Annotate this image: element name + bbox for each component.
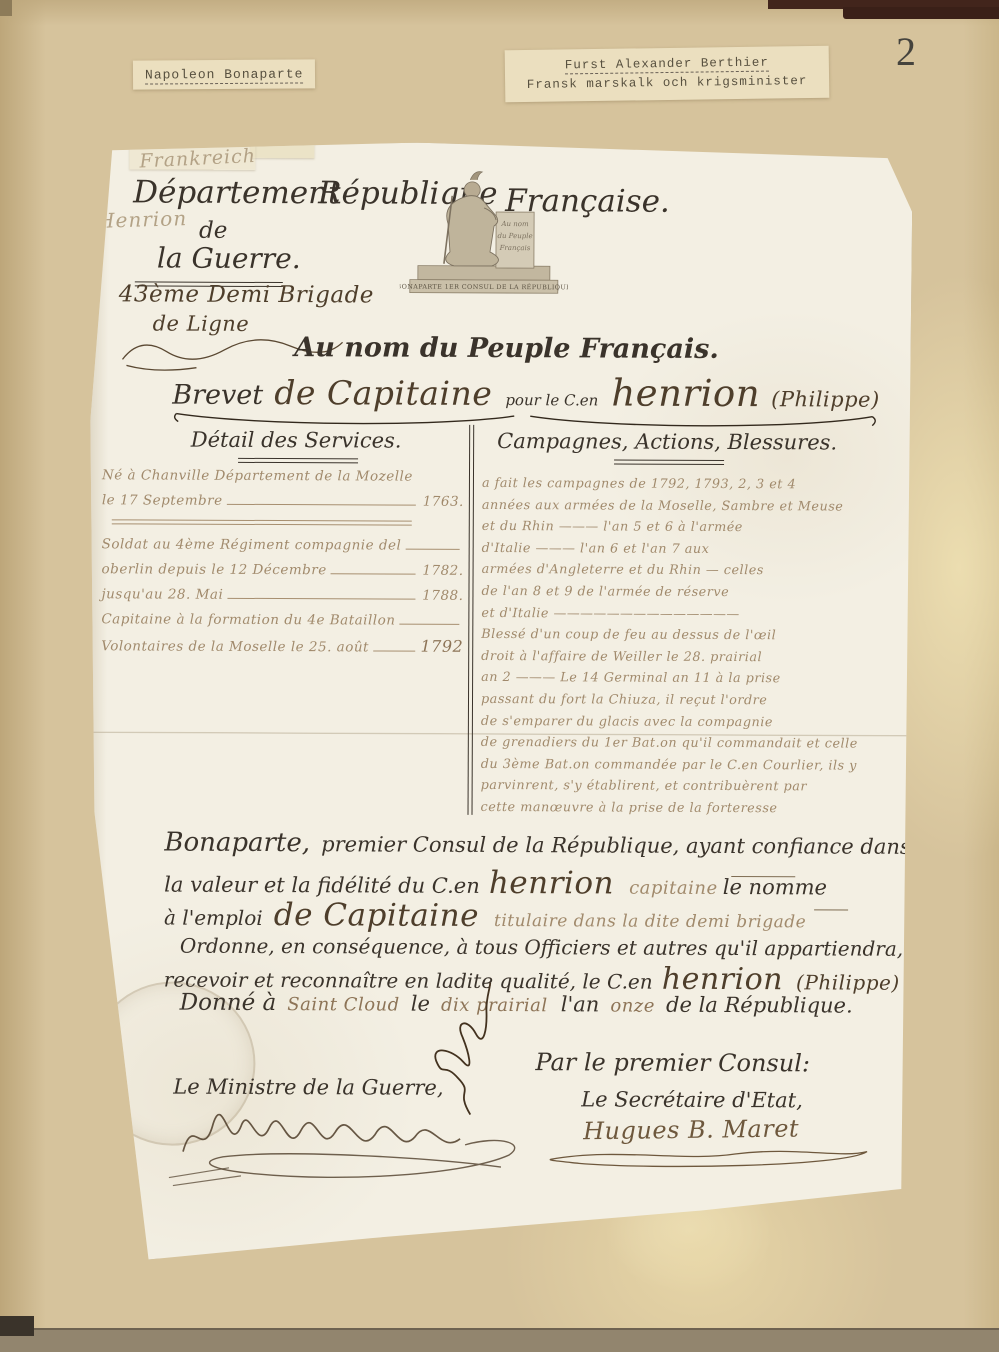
body-line-3: à l'emploi de Capitaine titulaire dans l… (164, 897, 806, 936)
figure-robe (446, 196, 499, 266)
service-text: Soldat au 4ème Régiment compagnie del (102, 532, 402, 558)
unit-line1: 43ème Demi Brigade (119, 281, 374, 308)
campaign-line: Blessé d'un coup de feu au dessus de l'œ… (481, 624, 853, 647)
fill-rule (227, 490, 416, 506)
vignette-tablet-line2: du Peuple (497, 232, 532, 240)
body-line1-rest: premier Consul de la République, ayant c… (321, 832, 911, 859)
fill-rule (373, 636, 415, 651)
typed-label-napoleon: Napoleon Bonaparte (133, 59, 316, 89)
brevet-grade: de Capitaine (274, 373, 492, 413)
typed-label-berthier: Furst Alexander Berthier Fransk marskalk… (505, 46, 830, 103)
campaign-line: cette manœuvre à la prise de la forteres… (480, 797, 852, 820)
service-text: jusqu'au 28. Mai (101, 582, 223, 608)
service-entry: Soldat au 4ème Régiment compagnie del (102, 532, 464, 559)
services-header: Détail des Services. (126, 427, 466, 452)
album-bottom-edge (0, 1328, 999, 1352)
body-line2-name: henrion (489, 865, 614, 902)
service-text: Volontaires de la Moselle le 25. août (101, 634, 369, 660)
campaign-line: de s'emparer du glacis avec la compagnie (481, 710, 853, 733)
campaign-line: de l'an 8 et 9 de l'armée de réserve (481, 581, 853, 604)
typed-label-napoleon-text: Napoleon Bonaparte (145, 66, 304, 84)
service-entry: Volontaires de la Moselle le 25. août179… (101, 632, 463, 661)
campaign-line: a fait les campagnes de 1792, 1793, 2, 3… (482, 473, 854, 496)
body-line3-grade: de Capitaine (274, 897, 479, 934)
service-year: 1782. (420, 559, 464, 584)
body-line-1: Bonaparte, premier Consul de la Républiq… (164, 828, 910, 861)
campaign-line: années aux armées de la Moselle, Sambre … (482, 495, 854, 518)
vignette-tablet-line3: Français (499, 244, 531, 252)
fill-rule (227, 584, 415, 600)
service-entry: oberlin depuis le 12 Décembre1782. (102, 557, 464, 584)
body-line2-grade: capitaine (629, 878, 718, 899)
services-section-rule (112, 519, 412, 525)
body-line3-printed: à l'emploi (164, 906, 263, 930)
typed-label-berthier-line1: Furst Alexander Berthier (565, 56, 769, 75)
secretaire-detat: Le Secrétaire d'Etat, (581, 1087, 803, 1112)
service-entry: le 17 Septembre1763. (102, 488, 464, 515)
body-line2-nomme: le nomme (723, 875, 827, 899)
campaign-line: et d'Italie —————————————— (481, 602, 853, 625)
vignette-caption: BONAPARTE 1ER CONSUL DE LA RÉPUBLIQUE (400, 282, 569, 292)
unit-line2: de Ligne (153, 311, 250, 335)
place-saint-cloud: Saint Cloud (287, 994, 399, 1015)
fill-rule (399, 610, 459, 625)
services-column: Né à Chanville Département de la Mozelle… (101, 463, 464, 661)
service-entry: Né à Chanville Département de la Mozelle (102, 463, 464, 490)
page-number: 2 (896, 28, 916, 75)
album-page-photo: { "page_number": "2", "typed_labels": { … (0, 0, 999, 1352)
republique-vignette: Au nom du Peuple Français BONAPARTE 1ER … (400, 168, 569, 309)
dept-line1: Département (133, 174, 340, 211)
dept-line3: la Guerre. (157, 242, 301, 276)
fill-rule (405, 535, 459, 550)
donne-a: Donné à (180, 990, 277, 1016)
brevet-name-suffix: (Philippe) (771, 387, 880, 411)
vignette-tablet-line1: Au nom (500, 220, 529, 228)
fill-rule (331, 559, 416, 574)
year-onze: onze (610, 995, 655, 1016)
album-corner-notch (0, 0, 12, 16)
dept-line2: de (199, 218, 227, 244)
brevet-word: Brevet (172, 380, 263, 411)
body-line3-titulaire: titulaire dans la dite demi brigade (494, 911, 806, 932)
services-header-underline (238, 458, 358, 464)
par-le-premier-consul: Par le premier Consul: (535, 1048, 810, 1077)
brevet-title-line: Brevet de Capitaine pour le C.en henrion… (172, 370, 892, 416)
campaign-line: droit à l'affaire de Weiller le 28. prai… (481, 646, 853, 669)
service-year: 1763. (420, 490, 464, 515)
service-text: Capitaine à la formation du 4e Bataillon (101, 607, 395, 633)
campaign-line: an 2 ——— Le 14 Germinal an 11 à la prise (481, 667, 853, 690)
brevet-document-sheet: Frankreich Henrion Département de la Gue… (83, 141, 913, 1263)
service-year: 1788. (419, 584, 463, 609)
campaigns-column: a fait les campagnes de 1792, 1793, 2, 3… (480, 473, 854, 820)
service-entry: jusqu'au 28. Mai1788. (101, 582, 463, 609)
service-entry: Capitaine à la formation du 4e Bataillon (101, 607, 463, 634)
fill-rule (731, 866, 795, 877)
le-word: le (411, 992, 430, 1016)
berthier-signature (165, 1094, 575, 1206)
service-text: Né à Chanville Département de la Mozelle (102, 463, 413, 489)
au-nom-line: Au nom du Peuple Français. (256, 332, 756, 365)
service-text: oberlin depuis le 12 Décembre (102, 557, 327, 583)
body-line2-printed: la valeur et la fidélité du C.en (164, 873, 480, 898)
campaign-line: d'Italie ——— l'an 6 et l'an 7 aux (482, 538, 854, 561)
album-binding-edge-2 (843, 7, 999, 19)
campaigns-header: Campagnes, Actions, Blessures. (482, 429, 852, 455)
campaign-line: armées d'Angleterre et du Rhin — celles (482, 559, 854, 582)
body-bonaparte-word: Bonaparte, (164, 828, 310, 859)
fill-rule (814, 899, 848, 910)
republique-end: de la République. (666, 993, 853, 1018)
typed-label-berthier-line2: Fransk marskalk och krigsminister (517, 72, 817, 95)
brevet-name: henrion (611, 371, 760, 415)
campaign-line: et du Rhin ——— l'an 5 et 6 à l'armée (482, 516, 854, 539)
column-divider (468, 425, 475, 815)
campaign-line: de grenadiers du 1er Bat.on qu'il comman… (481, 732, 853, 755)
brevet-pour-le: pour le C.en (505, 391, 598, 409)
campaign-line: passant du fort la Chiuza, il reçut l'or… (481, 689, 853, 712)
lan-word: l'an (561, 992, 600, 1016)
album-bottom-corner-shadow (0, 1316, 34, 1336)
campaigns-header-underline (614, 460, 724, 465)
service-year: 1792 (419, 634, 463, 659)
campaign-line: parvinrent, s'y établirent, et contribuè… (481, 775, 853, 798)
service-text: le 17 Septembre (102, 488, 223, 514)
campaign-line: du 3ème Bat.on commandée par le C.en Cou… (481, 754, 853, 777)
figure-helmet-plume (470, 172, 482, 180)
body-line-4: Ordonne, en conséquence, à tous Officier… (180, 934, 988, 962)
maret-signature-text: Hugues B. Maret (583, 1114, 799, 1145)
maret-signature-flourish (545, 1143, 875, 1172)
body-line5-suffix: (Philippe) (796, 970, 900, 994)
